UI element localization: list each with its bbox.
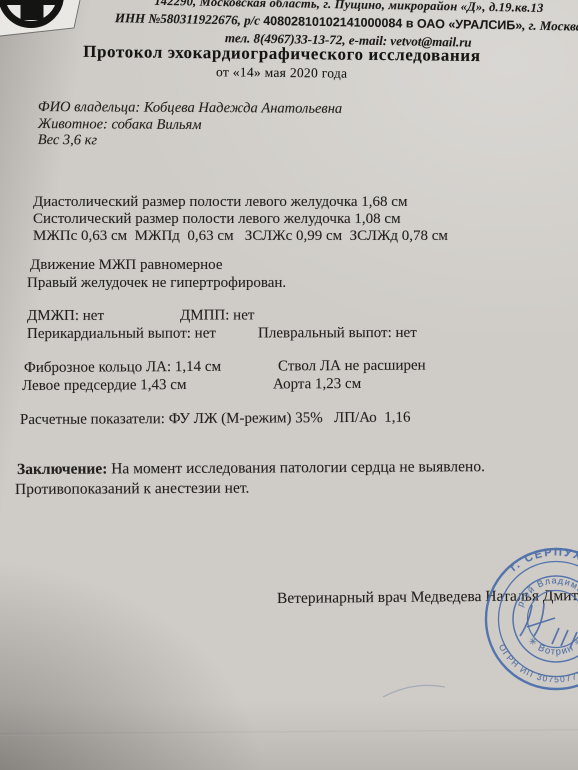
inn-prefix: ИНН №580311922676, р/с: [115, 10, 264, 28]
left-atrium: Левое предсердие 1,43 см: [22, 377, 187, 394]
document-photo: 142290, Московская область, г. Пущино, м…: [0, 0, 578, 770]
pleural-effusion: Плевральный выпот: нет: [258, 325, 417, 342]
weight-line: Вес 3,6 кг: [38, 132, 342, 150]
effusion-line: Перикардиальный выпот: нетПлевральный вы…: [27, 325, 567, 343]
conclusion-text: На момент исследования патологии сердца …: [107, 458, 485, 477]
aorta: Аорта 1,23 см: [273, 376, 361, 394]
stamp-city-text: г. СЕРПУХОВ: [508, 546, 578, 574]
round-stamp: г. СЕРПУХОВ ОГРН ИП 307507727800112 Серг…: [470, 533, 578, 705]
lv-systolic-line: Систолический размер полости левого желу…: [33, 211, 401, 228]
defects-line: ДМЖП: нетДМПП: нет: [27, 307, 567, 325]
pa-annulus: Фиброзное кольцо ЛА: 1,14 см: [24, 359, 221, 376]
paper-crease: [0, 729, 578, 736]
septum-wall-line: МЖПс 0,63 см МЖПд 0,63 см ЗСЛЖс 0,99 см …: [33, 228, 448, 245]
bank-account: 40802810102141000084 в ОАО «УРАЛСИБ»: [263, 14, 522, 33]
calculated-indices-line: Расчетные показатели: ФУ ЛЖ (М-режим) 35…: [20, 410, 411, 429]
right-ventricle-line: Правый желудочек не гипертрофирован.: [27, 275, 286, 292]
vsd-value: ДМЖП: нет: [27, 308, 104, 324]
conclusion-line: Заключение: На момент исследования патол…: [17, 458, 485, 479]
patient-info: ФИО владельца: Кобцева Надежда Анатольев…: [38, 99, 343, 150]
septum-motion-line: Движение МЖП равномерное: [30, 257, 223, 274]
pericardial-effusion: Перикардиальный выпот: нет: [27, 326, 216, 342]
conclusion-line2: Противопоказаний к анестезии нет.: [15, 480, 249, 499]
title-block: Протокол эхокардиографического исследова…: [0, 41, 564, 84]
pa-line: Фиброзное кольцо ЛА: 1,14 смСтвол ЛА не …: [24, 357, 564, 377]
conclusion-label: Заключение:: [17, 460, 107, 478]
lv-diastolic-line: Диастолический размер полости левого жел…: [33, 194, 407, 211]
svg-text:г. СЕРПУХОВ: г. СЕРПУХОВ: [508, 546, 578, 574]
pa-trunk: Ствол ЛА не расширен: [278, 358, 426, 376]
la-aorta-line: Левое предсердие 1,43 смАорта 1,23 см: [22, 375, 562, 395]
inn-suffix: , г. Москва: [522, 18, 578, 34]
owner-name-line: ФИО владельца: Кобцева Надежда Анатольев…: [38, 99, 342, 117]
asd-value: ДМПП: нет: [180, 307, 254, 324]
animal-line: Животное: собака Вильям: [38, 115, 342, 133]
